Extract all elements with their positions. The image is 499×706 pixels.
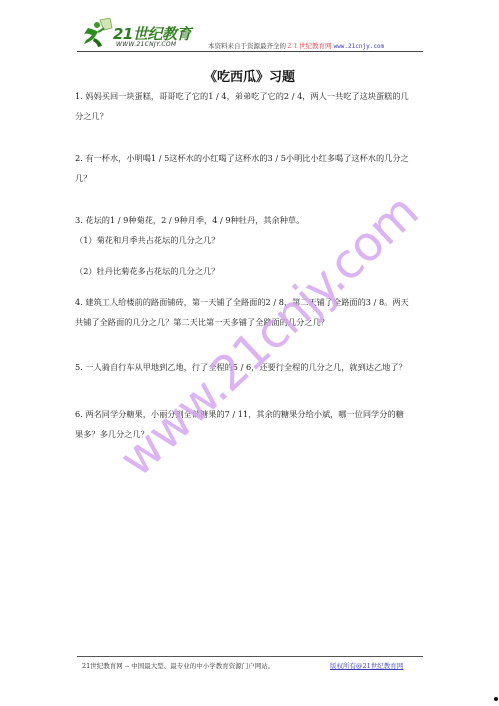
question-2: 2. 有一杯水，小明喝1 / 5这杯水的小红喝了这杯水的3 / 5小明比小红多喝… <box>75 148 430 188</box>
question-1-line-2: 分之几？ <box>75 106 430 126</box>
question-2-line-2: 几？ <box>75 168 430 188</box>
question-3-sub-1: （1）菊花和月季共占花坛的几分之几？ <box>75 230 430 250</box>
question-5-line-1: 5. 一人骑自行车从甲地到乙地，行了全程的5 / 6，还要行全程的几分之几，就到… <box>75 357 430 377</box>
header-divider <box>77 51 423 52</box>
question-1-line-1: 1. 妈妈买回一块蛋糕，哥哥吃了它的1 / 4，弟弟吃了它的2 / 4，两人一共… <box>75 86 430 106</box>
question-4-line-2: 共铺了全路面的几分之几？第二天比第一天多铺了全路面的几分之几？ <box>75 312 430 332</box>
question-4-line-1: 4. 建筑工人给楼前的路面铺砖，第一天铺了全路面的2 / 8，第二天铺了全路面的… <box>75 292 430 312</box>
logo-url-text: WWW.21CNJY.COM <box>116 41 176 48</box>
header-note-prefix: 本资料来自于资源最齐全的 <box>208 42 286 50</box>
question-2-line-1: 2. 有一杯水，小明喝1 / 5这杯水的小红喝了这杯水的3 / 5小明比小红多喝… <box>75 148 430 168</box>
question-3-line-1: 3. 花坛的1 / 9种菊花，2 / 9种月季，4 / 9种牡丹，其余种草。 <box>75 210 430 230</box>
bullet-dot-icon <box>494 697 498 701</box>
question-3-sub-2-block: （2）牡丹比菊花多占花坛的几分之几？ <box>75 261 430 281</box>
question-6-line-1: 6. 两名同学分糖果，小丽分到全部糖果的7 / 11，其余的糖果分给小斌，哪一位… <box>75 404 430 424</box>
question-5: 5. 一人骑自行车从甲地到乙地，行了全程的5 / 6，还要行全程的几分之几，就到… <box>75 357 430 377</box>
footer-text: 21世纪教育网 -- 中国最大型、最专业的中小学教育资源门户网站。 <box>82 661 274 670</box>
question-6: 6. 两名同学分糖果，小丽分到全部糖果的7 / 11，其余的糖果分给小斌，哪一位… <box>75 404 430 444</box>
question-3: 3. 花坛的1 / 9种菊花，2 / 9种月季，4 / 9种牡丹，其余种草。 （… <box>75 210 430 250</box>
header-source-note: 本资料来自于资源最齐全的２１世纪教育网 www.21cnjy.com <box>208 41 384 50</box>
question-4: 4. 建筑工人给楼前的路面铺砖，第一天铺了全路面的2 / 8，第二天铺了全路面的… <box>75 292 430 332</box>
question-6-line-2: 果多？多几分之几？ <box>75 424 430 444</box>
site-logo: 21世纪教育 WWW.21CNJY.COM <box>80 14 200 50</box>
footer-divider <box>77 656 423 657</box>
question-1: 1. 妈妈买回一块蛋糕，哥哥吃了它的1 / 4，弟弟吃了它的2 / 4，两人一共… <box>75 86 430 126</box>
page-title: 《吃西瓜》习题 <box>0 66 499 85</box>
runner-logo-icon <box>80 18 116 50</box>
header-note-brand: ２１世纪教育网 <box>286 42 332 50</box>
copyright-link[interactable]: 版权所有@21世纪教育网 <box>330 661 403 670</box>
header-note-site: www.21cnjy.com <box>334 43 385 50</box>
question-3-sub-2: （2）牡丹比菊花多占花坛的几分之几？ <box>75 261 430 281</box>
